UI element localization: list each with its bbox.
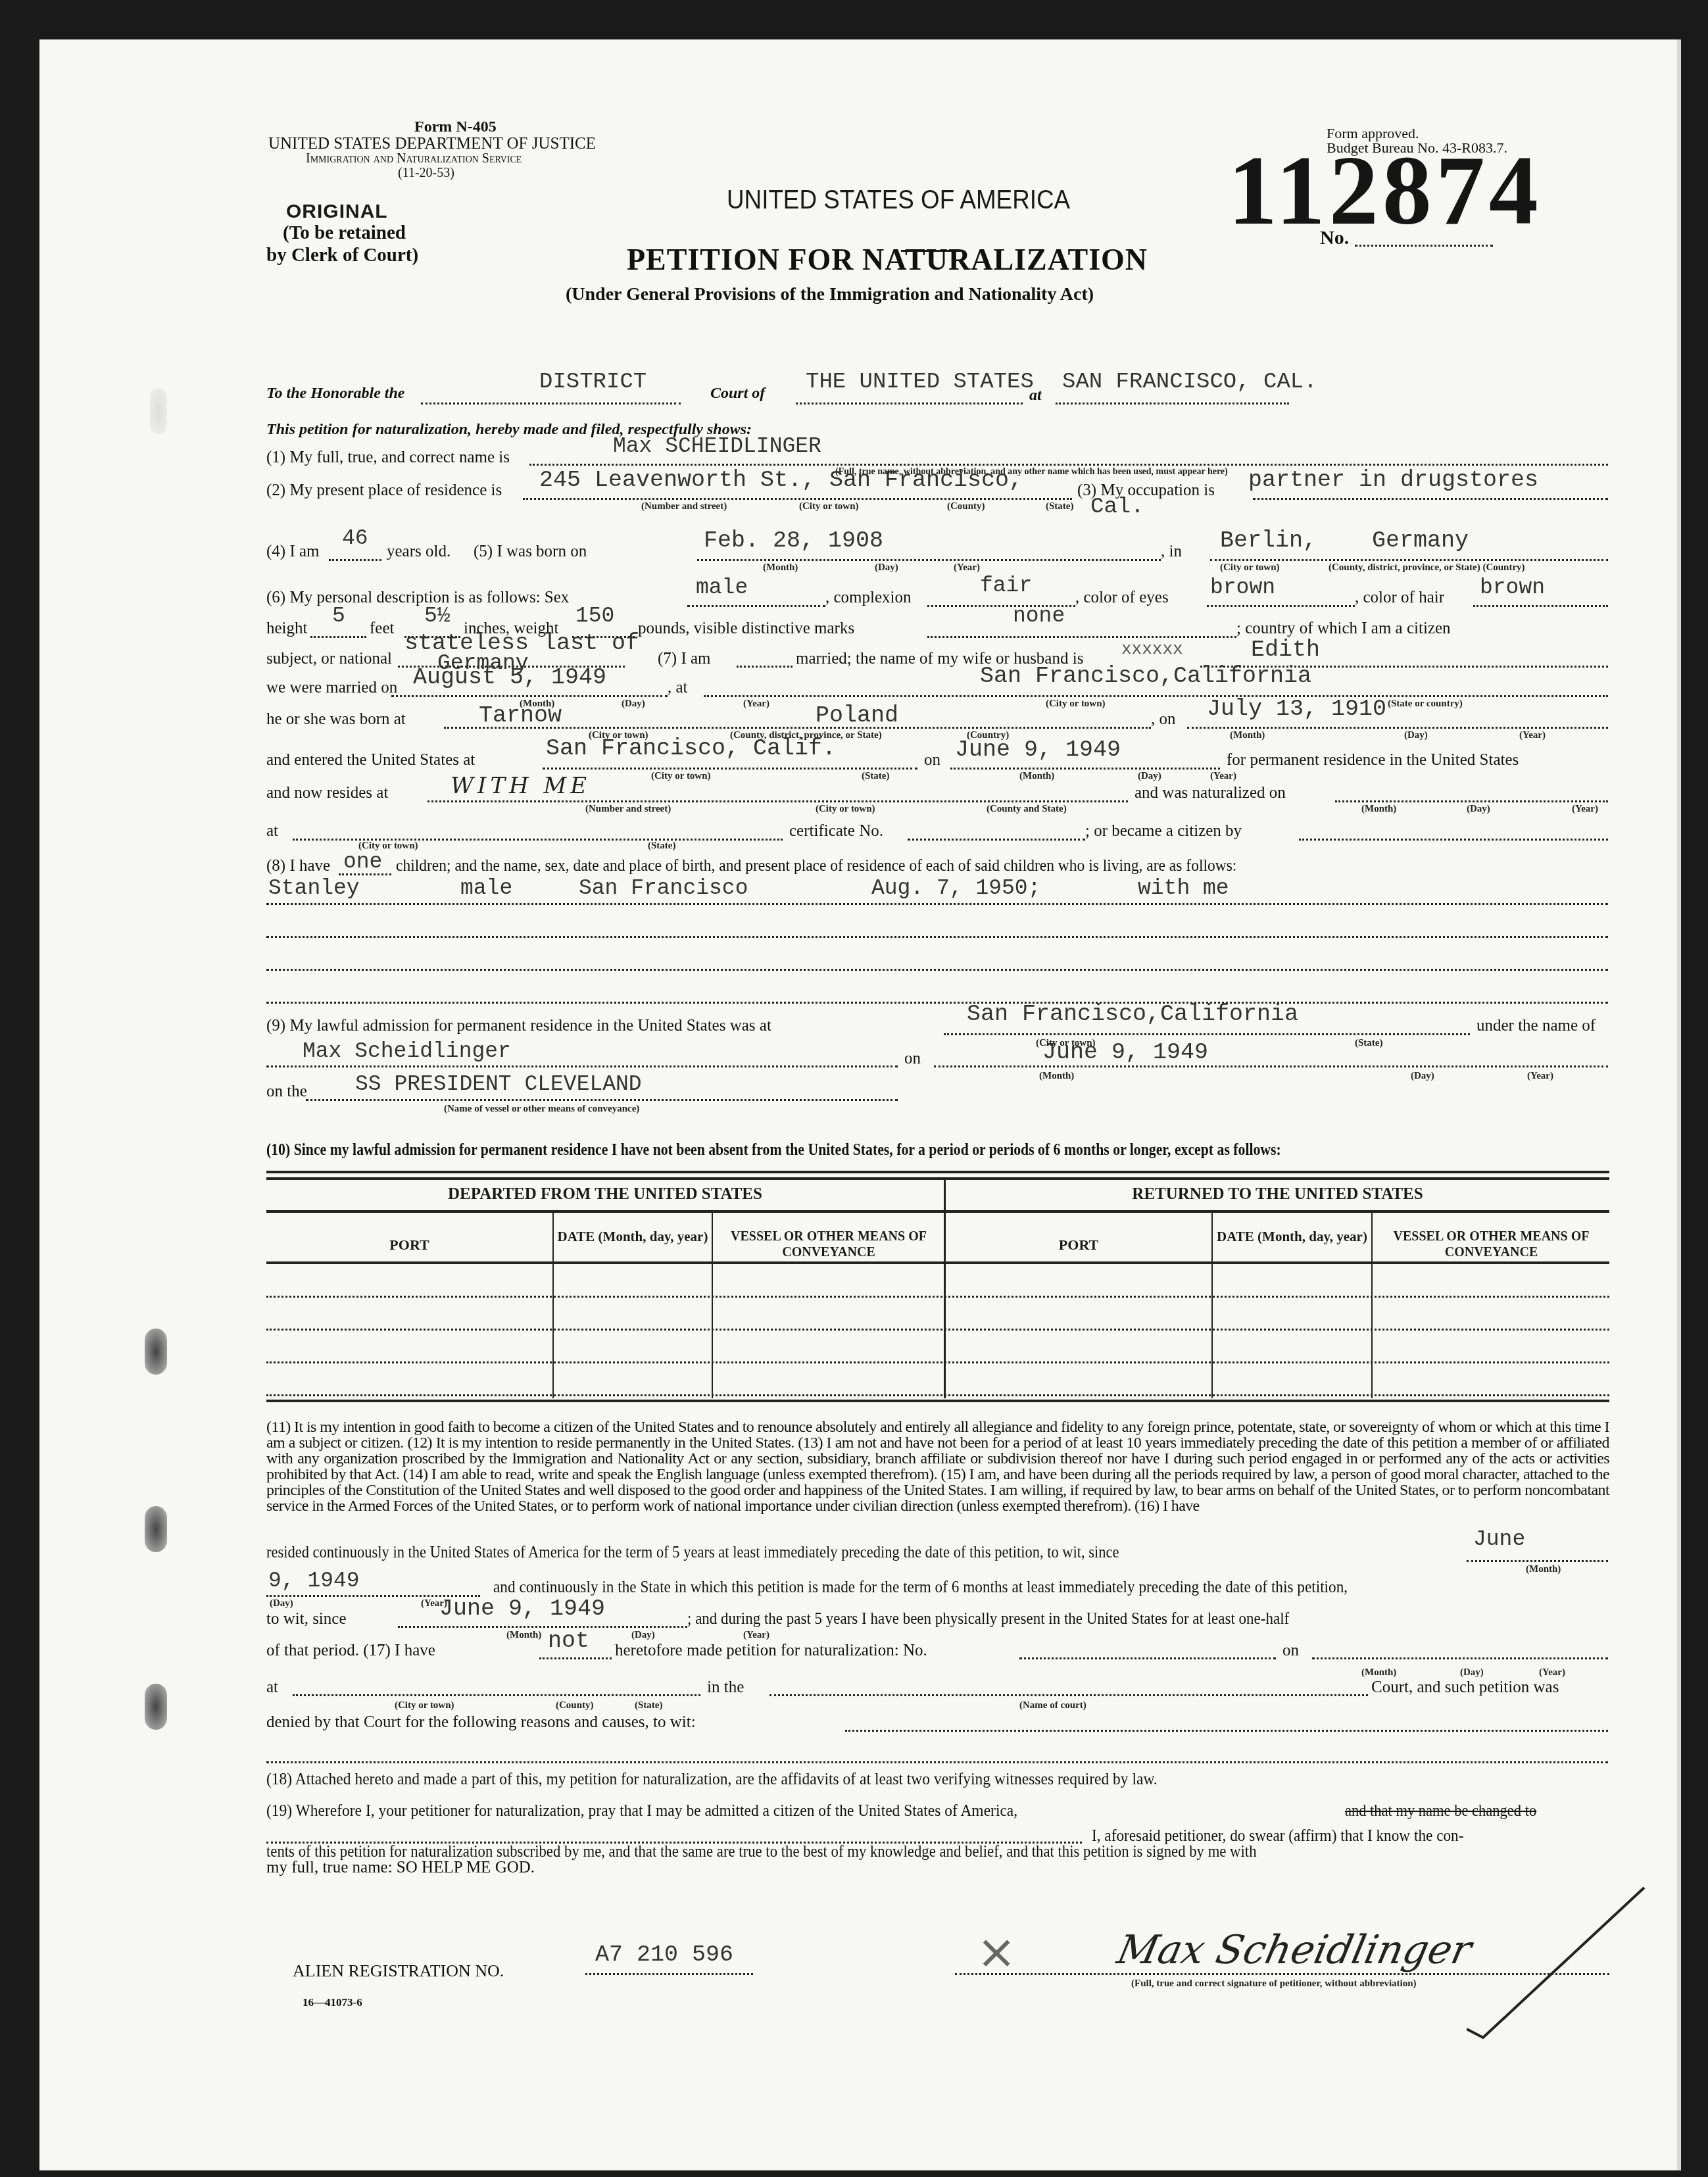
entry-place-line <box>543 768 917 770</box>
caption-month: (Month) <box>506 1630 541 1641</box>
table-column-header-rule <box>266 1261 1609 1264</box>
married-on-label: we were married on <box>266 679 397 697</box>
caption-day: (Day) <box>1467 804 1490 815</box>
caption-city: (City or town) <box>1220 562 1280 574</box>
caption-state: (State) <box>648 841 675 852</box>
form-date: (11-20-53) <box>398 166 454 181</box>
caption-month: (Month) <box>1361 1667 1396 1678</box>
caption-state: (State) <box>862 771 889 782</box>
signature-caption: (Full, true and correct signature of pet… <box>1131 1978 1417 1990</box>
previous-at-line <box>293 1694 700 1696</box>
admission-name-line <box>266 1065 898 1067</box>
court-of-label: Court of <box>710 385 765 403</box>
court-location-value[interactable]: SAN FRANCISCO, CAL. <box>1062 370 1317 395</box>
spouse-birth-country-value[interactable]: Poland <box>816 702 898 729</box>
children-text: children; and the name, sex, date and pl… <box>396 857 1236 875</box>
copy-note-1: (To be retained <box>283 222 406 244</box>
q5-label: (5) I was born on <box>474 543 587 561</box>
caption-day: (Day) <box>1138 771 1161 782</box>
birth-place-line <box>1210 559 1608 561</box>
resided-month-line <box>1467 1560 1608 1562</box>
q2-label: (2) My present place of residence is <box>266 481 502 500</box>
punch-hole-bottom <box>145 1684 167 1730</box>
petition-number: 112874 <box>1228 138 1542 243</box>
naturalized-line <box>1335 800 1608 802</box>
caption-year: (Year) <box>743 698 769 710</box>
signature-check-stroke <box>1467 1881 1651 2039</box>
admission-place-value[interactable]: San Francisco,California <box>967 1001 1298 1027</box>
caption-year: (Year) <box>1210 771 1236 782</box>
vessel-value[interactable]: SS PRESIDENT CLEVELAND <box>355 1072 642 1096</box>
marks-value[interactable]: none <box>1013 604 1065 628</box>
occupation-value[interactable]: partner in drugstores <box>1248 467 1538 493</box>
caption-year: (Year) <box>1527 1071 1553 1082</box>
certificate-label: certificate No. <box>789 822 883 841</box>
state-text: and continuously in the State in which t… <box>493 1578 1348 1597</box>
children-line-4 <box>266 1002 1608 1004</box>
spouse-entry-date-value[interactable]: June 9, 1949 <box>955 737 1121 763</box>
swear-text-3: my full, true name: SO HELP ME GOD. <box>266 1859 535 1877</box>
table-bottom-rule <box>266 1400 1609 1402</box>
q6-label: (6) My personal description is as follow… <box>266 589 569 607</box>
children-count-value[interactable]: one <box>343 850 382 874</box>
spouse-residence-line <box>427 800 1128 802</box>
to-wit-label: to wit, since <box>266 1610 347 1628</box>
court-type-line <box>421 403 681 404</box>
q7-label: (7) I am <box>658 650 711 668</box>
caption-city: (City or town) <box>816 804 875 815</box>
occupation-line <box>1253 498 1608 500</box>
declaration-19: (19) Wherefore I, your petitioner for na… <box>266 1802 1017 1821</box>
q9-label: (9) My lawful admission for permanent re… <box>266 1017 771 1035</box>
copy-note-2: by Clerk of Court) <box>266 245 418 266</box>
spouse-residence-value[interactable]: WITH ME <box>451 773 591 799</box>
residence-state-value[interactable]: Cal. <box>1090 495 1144 520</box>
caption-city: (City or town) <box>395 1700 454 1711</box>
complexion-value[interactable]: fair <box>980 574 1032 598</box>
became-line <box>1299 839 1608 841</box>
table-row[interactable] <box>266 1296 1609 1298</box>
child-residence-value[interactable]: with me <box>1138 876 1229 900</box>
q10-text: (10) Since my lawful admission for perma… <box>266 1141 1281 1160</box>
department-name: UNITED STATES DEPARTMENT OF JUSTICE <box>268 135 596 153</box>
admission-on-label: on <box>904 1050 921 1068</box>
caption-day: (Day) <box>875 562 898 574</box>
caption-state-country: (State or country) <box>1388 698 1463 710</box>
birth-date-line <box>697 559 1161 561</box>
caption-month: (Month) <box>763 562 798 574</box>
on-label: , on <box>1151 710 1176 729</box>
caption-day: (Day) <box>1411 1071 1434 1082</box>
caption-city: (City or town) <box>799 501 859 512</box>
now-resides-label: and now resides at <box>266 784 388 802</box>
petitioner-signature: Max Scheidlinger <box>1113 1927 1476 1973</box>
petition-no-label: No. <box>1320 227 1349 249</box>
children-line-1 <box>266 903 1608 905</box>
court-type-value[interactable]: DISTRICT <box>539 370 647 395</box>
height-label: height <box>266 620 308 638</box>
previous-petition-value[interactable]: not <box>548 1628 589 1654</box>
caption-day: (Day) <box>1460 1667 1484 1678</box>
permanent-label: for permanent residence in the United St… <box>1227 751 1519 770</box>
table-top-rule-2 <box>266 1177 1609 1180</box>
age-suffix: years old. <box>387 543 451 561</box>
residence-line <box>523 498 1072 500</box>
height-feet-line <box>310 636 366 638</box>
caption-day: (Day) <box>1404 730 1428 741</box>
country-heading: UNITED STATES OF AMERICA <box>727 185 1070 215</box>
declarations-11-16: (11) It is my intention in good faith to… <box>266 1419 1609 1514</box>
at-label-17: at <box>266 1678 278 1697</box>
caption-name-court: (Name of court) <box>1019 1700 1086 1711</box>
caption-month: (Month) <box>1230 730 1265 741</box>
child-sex-value[interactable]: male <box>460 876 512 900</box>
at-label-2: at <box>266 822 278 841</box>
resided-day-year-value[interactable]: 9, 1949 <box>268 1569 360 1593</box>
table-row[interactable] <box>266 1361 1609 1363</box>
col-header-vessel: VESSEL OR OTHER MEANS OF CONVEYANCE <box>1375 1229 1608 1260</box>
court-text: Court, and such petition was <box>1371 1678 1559 1697</box>
citizen-label: ; country of which I am a citizen <box>1236 620 1451 638</box>
age-value[interactable]: 46 <box>342 526 368 550</box>
denied-line-1 <box>845 1730 1608 1732</box>
age-line <box>329 559 381 561</box>
punch-hole-top <box>150 388 167 434</box>
state-since-value[interactable]: June 9, 1949 <box>439 1596 605 1622</box>
entry-on-label: on <box>924 751 940 770</box>
caption-month: (Month) <box>1019 771 1054 782</box>
married-at-label: , at <box>668 679 688 697</box>
spouse-birth-city-value[interactable]: Tarnow <box>479 702 562 729</box>
caption-month: (Month) <box>1039 1071 1074 1082</box>
to-honorable-label: To the Honorable the <box>266 385 404 403</box>
alien-reg-label: ALIEN REGISTRATION NO. <box>293 1961 504 1981</box>
hair-line <box>1473 605 1608 607</box>
col-divider <box>1371 1213 1373 1398</box>
table-header-rule <box>266 1210 1609 1213</box>
service-name: Immigration and Naturalization Service <box>306 151 522 166</box>
child-birthplace-value[interactable]: San Francisco <box>579 876 748 900</box>
caption-year: (Year) <box>1539 1667 1565 1678</box>
caption-year: (Year) <box>1519 730 1546 741</box>
name-line <box>529 464 1608 466</box>
copy-label: ORIGINAL <box>286 201 388 223</box>
court-of-value[interactable]: THE UNITED STATES <box>806 370 1034 395</box>
children-line-2 <box>266 936 1608 938</box>
physical-text: ; and during the past 5 years I have bee… <box>687 1610 1289 1628</box>
caption-street: (Number and street) <box>585 804 671 815</box>
q8-label: (8) I have <box>266 857 330 875</box>
hair-label: , color of hair <box>1355 589 1444 607</box>
children-line-3 <box>266 969 1608 971</box>
departed-header: DEPARTED FROM THE UNITED STATES <box>266 1185 944 1204</box>
petition-no-line <box>1355 245 1493 247</box>
heretofore-text: heretofore made petition for naturalizat… <box>615 1642 927 1660</box>
under-name-label: under the name of <box>1476 1017 1596 1035</box>
struck-text: xxxxxx <box>1121 639 1183 659</box>
residence-value[interactable]: 245 Leavenworth St., San Francisco, <box>539 467 1023 493</box>
caption-year: (Year) <box>743 1630 769 1641</box>
spouse-birth-date-line <box>1187 727 1608 729</box>
returned-header: RETURNED TO THE UNITED STATES <box>946 1185 1609 1204</box>
caption-county: (County) <box>556 1700 594 1711</box>
caption-state: (State) <box>1355 1038 1382 1049</box>
spouse-birth-date-value[interactable]: July 13, 1910 <box>1207 696 1386 722</box>
child-name-value[interactable]: Stanley <box>268 876 360 900</box>
col-header-vessel: VESSEL OR OTHER MEANS OF CONVEYANCE <box>717 1229 940 1260</box>
sex-line <box>687 605 825 607</box>
in-the-label: in the <box>707 1678 744 1697</box>
vessel-line <box>306 1099 898 1101</box>
denied-line-2 <box>266 1761 1608 1763</box>
height-inches-value[interactable]: 5½ <box>424 604 451 628</box>
admission-date-value[interactable]: June 9, 1949 <box>1042 1039 1208 1065</box>
punch-hole-middle <box>145 1329 167 1375</box>
col-header-port: PORT <box>266 1236 552 1254</box>
col-header-date: DATE (Month, day, year) <box>554 1229 712 1244</box>
spouse-name-value[interactable]: Edith <box>1251 637 1320 663</box>
col-divider <box>712 1213 713 1398</box>
eyes-label: , color of eyes <box>1075 589 1169 607</box>
resided-text: resided continuously in the United State… <box>266 1544 1119 1562</box>
caption-day: (Day) <box>270 1598 293 1609</box>
previous-court-line <box>769 1694 1368 1696</box>
admission-name-value[interactable]: Max Scheidlinger <box>303 1039 511 1064</box>
entry-date-line <box>950 768 1220 770</box>
caption-day: (Day) <box>622 698 645 710</box>
caption-month: (Month) <box>1526 1564 1561 1575</box>
complexion-label: , complexion <box>825 589 912 607</box>
caption-month: (Month) <box>1361 804 1396 815</box>
full-name-value[interactable]: Max SCHEIDLINGER <box>613 434 821 458</box>
caption-city: (City or town) <box>651 771 711 782</box>
at-label: at <box>1029 387 1042 404</box>
on-the-label: on the <box>266 1083 307 1101</box>
certificate-line <box>908 839 1085 841</box>
eyes-line <box>1207 605 1355 607</box>
state-since-line <box>398 1626 687 1628</box>
caption-street: (Number and street) <box>641 501 727 512</box>
alien-reg-value[interactable]: A7 210 596 <box>595 1942 733 1968</box>
admission-place-line <box>944 1033 1470 1035</box>
marriage-date-line <box>391 695 668 697</box>
caption-year: (Year) <box>1572 804 1598 815</box>
marriage-date-value[interactable]: August 5, 1949 <box>413 664 606 691</box>
marks-line <box>927 636 1236 638</box>
q4-label: (4) I am <box>266 543 320 561</box>
location-line <box>1056 403 1289 404</box>
caption-day: (Day) <box>631 1630 655 1641</box>
spouse-born-label: he or she was born at <box>266 710 406 729</box>
form-number: Form N-405 <box>414 118 497 136</box>
in-label: , in <box>1161 543 1182 561</box>
period-label: of that period. (17) I have <box>266 1642 435 1660</box>
weight-value[interactable]: 150 <box>575 604 614 628</box>
document-page: Form N-405 UNITED STATES DEPARTMENT OF J… <box>39 39 1681 2170</box>
col-header-port: PORT <box>946 1236 1211 1254</box>
previous-no-line <box>1019 1657 1276 1659</box>
q1-label: (1) My full, true, and correct name is <box>266 449 510 467</box>
spouse-entry-place-value[interactable]: San Francisco, Calif. <box>546 735 836 762</box>
height-feet-value[interactable]: 5 <box>332 604 345 628</box>
eyes-value[interactable]: brown <box>1210 575 1275 600</box>
entered-label: and entered the United States at <box>266 751 475 770</box>
caption-county: (County) <box>947 501 985 512</box>
caption-county-state: (County and State) <box>987 804 1067 815</box>
document-title: PETITION FOR NATURALIZATION <box>627 242 1148 277</box>
on-label-17: on <box>1282 1642 1299 1660</box>
naturalized-label: and was naturalized on <box>1135 784 1286 802</box>
caption-state: (State) <box>1046 501 1073 512</box>
birth-place-value[interactable]: Berlin, Germany <box>1220 527 1469 554</box>
previous-date-line <box>1312 1657 1608 1659</box>
sex-value[interactable]: male <box>696 575 748 600</box>
marriage-place-value[interactable]: San Francisco,California <box>980 663 1311 689</box>
declaration-19-struck: and that my name be changed to <box>1345 1802 1536 1821</box>
table-row[interactable] <box>266 1329 1609 1331</box>
child-birthdate-value[interactable]: Aug. 7, 1950; <box>871 876 1040 900</box>
admission-date-line <box>934 1065 1608 1067</box>
signature-line <box>955 1973 1609 1975</box>
signature-x-mark: × <box>977 1924 1016 1979</box>
denied-text: denied by that Court for the following r… <box>266 1713 696 1732</box>
birth-date-value[interactable]: Feb. 28, 1908 <box>704 527 883 554</box>
document-subtitle: (Under General Provisions of the Immigra… <box>566 284 1094 305</box>
punch-hole-lower <box>145 1506 167 1552</box>
caption-state: (State) <box>635 1700 662 1711</box>
marriage-place-line <box>704 695 1608 697</box>
court-of-line <box>796 403 1023 404</box>
previous-petition-line <box>539 1657 612 1659</box>
resided-month-value[interactable]: June <box>1473 1527 1525 1552</box>
col-header-date: DATE (Month, day, year) <box>1213 1229 1371 1244</box>
married-line <box>737 666 793 668</box>
caption-county-country: (County, district, province, or State) (… <box>1329 562 1525 574</box>
feet-label: feet <box>370 620 394 638</box>
declaration-18: (18) Attached hereto and made a part of … <box>266 1771 1158 1789</box>
table-top-rule-1 <box>266 1171 1609 1173</box>
caption-year: (Year) <box>954 562 980 574</box>
hair-value[interactable]: brown <box>1480 575 1545 600</box>
subject-label: subject, or national <box>266 650 392 668</box>
caption-city: (City or town) <box>1046 698 1106 710</box>
print-code: 16—41073-6 <box>303 1996 362 2009</box>
vessel-caption: (Name of vessel or other means of convey… <box>444 1104 639 1115</box>
table-row[interactable] <box>266 1394 1609 1396</box>
pounds-label: pounds, visible distinctive marks <box>638 620 854 638</box>
alien-reg-line <box>585 1973 753 1975</box>
became-label: ; or became a citizen by <box>1085 822 1242 841</box>
